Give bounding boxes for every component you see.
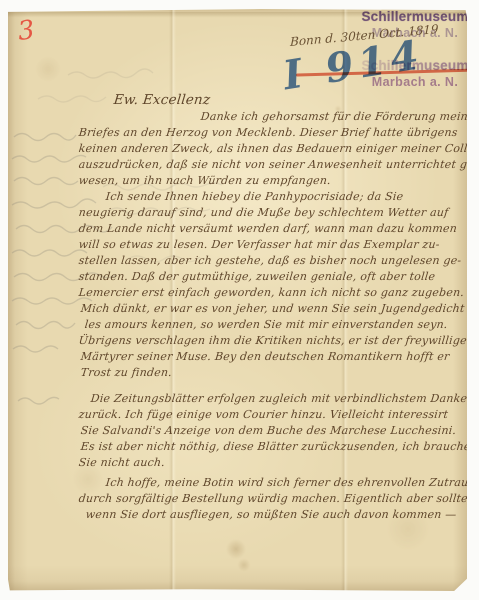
paper-top-crease [8, 12, 467, 17]
letter-line: Die Zeitungsblätter erfolgen zugleich mi… [90, 392, 468, 406]
letter-line: durch sorgfältige Bestellung würdig mach… [78, 492, 469, 506]
letter-line: will so etwas zu lesen. Der Verfasser ha… [78, 238, 440, 252]
letter-line: zurück. Ich füge einige vom Courier hinz… [78, 408, 449, 422]
scanned-letter-view: Schillermuseum Marbach a. N. Schillermus… [0, 0, 479, 600]
letter-line: Sie nicht auch. [78, 456, 166, 470]
salutation: Ew. Excellenz [113, 93, 211, 107]
letter-line: Ich sende Ihnen hiebey die Panhypocrisia… [105, 190, 404, 204]
letter-line: Es ist aber nicht nöthig, diese Blätter … [80, 440, 471, 454]
folio-number: 3 [16, 15, 36, 47]
museum-stamp-name: Schillermuseum [358, 9, 472, 24]
letter-line: wesen, um ihn nach Würden zu empfangen. [78, 174, 332, 188]
letter-line: wenn Sie dort ausfliegen, so müßten Sie … [85, 508, 457, 522]
letter-line: Ich hoffe, meine Botin wird sich ferner … [105, 476, 479, 490]
letter-line: Lemercier erst einfach geworden, kann ic… [78, 286, 465, 300]
letter-line: Märtyrer seiner Muse. Bey den deutschen … [80, 350, 450, 364]
letter-line: Trost zu finden. [80, 366, 173, 380]
letter-line: les amours kennen, so werden Sie mit mir… [84, 318, 448, 332]
letter-line: Übrigens verschlagen ihm die Kritiken ni… [78, 334, 467, 348]
letter-line: Briefes an den Herzog von Mecklenb. Dies… [78, 126, 458, 140]
letter-line: Sie Salvandi's Anzeige von dem Buche des… [80, 424, 457, 438]
letter-line: stellen lassen, aber ich gestehe, daß es… [78, 254, 462, 268]
letter-line: neugierig darauf sind, und die Muße bey … [78, 206, 449, 220]
letter-line: dem Lande nicht versäumt werden darf, wa… [78, 222, 458, 236]
letter-paper-sheet: Schillermuseum Marbach a. N. Schillermus… [8, 9, 467, 591]
letter-line: auszudrücken, daß sie nicht von seiner A… [78, 158, 478, 172]
letter-line: standen. Daß der gutmüthige, zuweilen ge… [78, 270, 436, 284]
letter-line: Danke ich gehorsamst für die Förderung m… [200, 110, 479, 124]
letter-line: Mich dünkt, er war es von jeher, und wen… [80, 302, 465, 316]
letter-line: keinen anderen Zweck, als ihnen das Beda… [78, 142, 479, 156]
